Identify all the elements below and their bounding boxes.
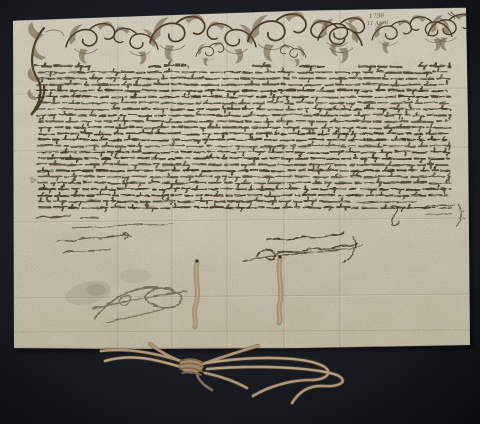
photo-grain	[0, 0, 480, 424]
document-photo: 1736 11 April	[0, 0, 480, 424]
photo-stage: 1736 11 April	[0, 0, 480, 424]
